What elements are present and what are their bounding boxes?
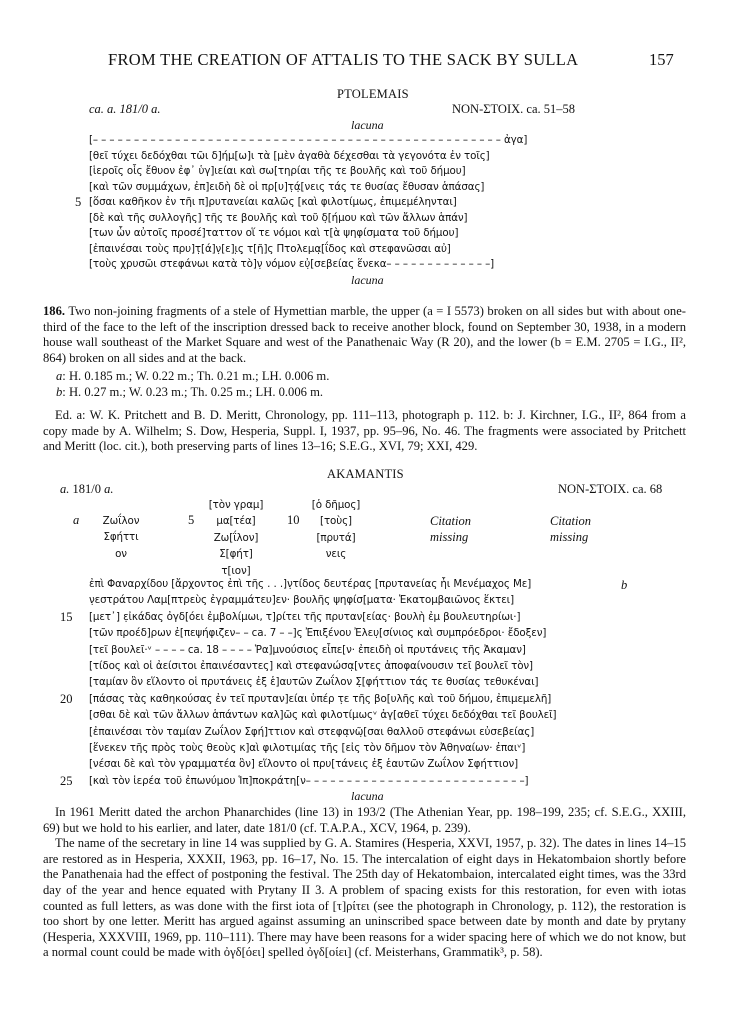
column-line: [τοὺς] [296, 513, 376, 529]
column-line: μα[τέα] [200, 513, 272, 529]
line-number: 5 [75, 195, 81, 210]
citation-missing-2: Citation missing [550, 513, 591, 545]
entry-186-description: 186. Two non-joining fragments of a stel… [43, 304, 686, 366]
inscription-line: [μετ᾽] ε̣ἰκάδας ὀγδ[όει ἐμβολίμωι, τ]ρίτ… [89, 611, 520, 623]
citation-missing-label: missing [550, 529, 591, 545]
commentary-paragraph-1: In 1961 Meritt dated the archon Phanarch… [43, 805, 686, 836]
ptolemais-lacuna-bottom: lacuna [351, 273, 384, 288]
citation-missing-1: Citation missing [430, 513, 471, 545]
column-line: ον [96, 546, 146, 562]
inscription-line: [ἕνεκεν τῆς πρὸς τοὺς θεοὺς κ]αὶ φιλοτιμ… [89, 742, 525, 754]
fragment-a-label: a [73, 513, 79, 528]
line-number: 20 [60, 692, 73, 707]
inscription-line: [τῶν προέδ]ρων ἐ[πεψήφιζεν– – ca. 7 – –]… [89, 627, 546, 639]
dimensions-text-a: : H. 0.185 m.; W. 0.22 m.; Th. 0.21 m.; … [62, 369, 329, 383]
inscription-line: ἐπὶ Φαναρχίδου [ἄρχοντος ἐπὶ τῆς . . .]ν… [89, 578, 531, 590]
running-header-title: FROM THE CREATION OF ATTALIS TO THE SACK… [108, 50, 578, 70]
fragment-a-column-2: [τὸν γραμ]μα[τέα]Ζω[ΐλον]Σ[φήτ]τ[ιον] [200, 497, 272, 579]
column-line: [ὁ δῆμος] [296, 497, 376, 513]
akamantis-date: a. 181/0 a. [60, 482, 113, 497]
inscription-line: [ὅσαι καθῆκον ἐν τῆι π]ρυτανείαι καλῶς [… [89, 196, 457, 208]
inscription-line: ν̣εστράτου Λαμ[πτρεὺς ἐγραμμάτευ]εν· βου… [89, 594, 514, 606]
fragment-a-column-1: ΖωΐλονΣφήττιον [96, 513, 146, 562]
fragment-b-label: b [621, 578, 627, 593]
inscription-line: [νέσαι δὲ καὶ τὸν γραμματέα ὃν] εἵλοντο … [89, 758, 518, 770]
page-number: 157 [649, 50, 674, 70]
inscription-line: [– – – – – – – – – – – – – – – – – – – –… [89, 134, 527, 146]
inscription-line: [ἱεροῖς οἷς ἔθυον ἐφ᾽ ὑγ]ιείαι καὶ σω[τη… [89, 165, 466, 177]
inscription-line: [των ὧν αὐτοῖς προσέ]ταττον οἵ τε νόμοι … [89, 227, 458, 239]
fragment-a-column-3: [ὁ δῆμος][τοὺς][πρυτά]νεις [296, 497, 376, 563]
dimensions-a: a: H. 0.185 m.; W. 0.22 m.; Th. 0.21 m.;… [56, 369, 329, 385]
column-line: τ[ιον] [200, 563, 272, 579]
inscription-line: [πάσας τὰς καθηκούσας ἐν τεῖ πρυταν]είαι… [89, 693, 551, 705]
citation-label: Citation [550, 513, 591, 529]
inscription-line: [τοὺς χρυσῶι στεφάνωι κατὰ τὸ]ν̣ νόμον ε… [89, 258, 494, 270]
column-line: Σ[φήτ] [200, 546, 272, 562]
column-line: [πρυτά] [296, 530, 376, 546]
entry-description-text: Two non-joining fragments of a stele of … [43, 304, 686, 365]
dimensions-text-b: : H. 0.27 m.; W. 0.23 m.; Th. 0.25 m.; L… [62, 385, 323, 399]
column-line: [τὸν γραμ] [200, 497, 272, 513]
inscription-line: [καὶ τῶν συμμάχων, ἐπ]ειδὴ δὲ οἱ πρ[υ]τ̣… [89, 181, 484, 193]
inscription-line: [δὲ καὶ τῆς συλλογῆς] τῆς τε βουλῆς καὶ … [89, 212, 467, 224]
entry-number: 186. [43, 304, 65, 318]
akamantis-lacuna-bottom: lacuna [351, 789, 384, 804]
ptolemais-stoich: NON-ΣΤΟΙΧ. ca. 51–58 [452, 102, 575, 117]
editions-text: Ed. a: W. K. Pritchett and B. D. Meritt,… [43, 408, 686, 455]
inscription-line: [ταμίαν ὃν εἵλοντο οἱ πρυτάνεις ἐξ ἑ]αυτ… [89, 676, 538, 688]
akamantis-stoich: NON-ΣΤΟΙΧ. ca. 68 [558, 482, 662, 497]
line-number: 25 [60, 774, 73, 789]
inscription-line: [θεῖ τύχει δεδόχθαι τῶι δ]ήμ[ω]ι τὰ [μὲν… [89, 150, 490, 162]
commentary: In 1961 Meritt dated the archon Phanarch… [43, 805, 686, 961]
column-line: νεις [296, 546, 376, 562]
editions-paragraph: Ed. a: W. K. Pritchett and B. D. Meritt,… [43, 408, 686, 455]
column-2-line-number: 5 [188, 513, 194, 528]
inscription-line: [τεῖ βουλεῖ·ᵛ – – – – ca. 18 – – – – Ῥα]… [89, 644, 526, 656]
ptolemais-lacuna-top: lacuna [351, 118, 384, 133]
column-line: Σφήττι [96, 529, 146, 545]
section-heading-ptolemais: PTOLEMAIS [337, 87, 409, 102]
ptolemais-date: ca. a. 181/0 a. [89, 102, 161, 117]
column-line: Ζωΐλον [96, 513, 146, 529]
inscription-line: [σθαι δὲ καὶ τῶν ἄλλων ἁπάντων καλ]ῶς κα… [89, 709, 556, 721]
column-line: Ζω[ΐλον] [200, 530, 272, 546]
inscription-line: [καὶ τὸν ἱερέα τοῦ ἐπωνύμου Ἱπ]ποκράτη[ν… [89, 775, 528, 787]
inscription-line: [ἐπαινέσαι τοὺς πρυ]τ̣[ά]ν̣[ε]ι̣ς̣ τ[ῆ]ς… [89, 243, 451, 255]
citation-label: Citation [430, 513, 471, 529]
dimensions-b: b: H. 0.27 m.; W. 0.23 m.; Th. 0.25 m.; … [56, 385, 323, 401]
inscription-line: [τίδος καὶ οἱ ἀείσιτοι ἐπαινέσαντες] καὶ… [89, 660, 533, 672]
inscription-line: [ἐπαινέσαι τὸν ταμίαν Ζωΐλον Σφή]ττιον κ… [89, 726, 534, 738]
commentary-paragraph-2: The name of the secretary in line 14 was… [43, 836, 686, 961]
citation-missing-label: missing [430, 529, 471, 545]
section-heading-akamantis: AKAMANTIS [327, 467, 404, 482]
line-number: 15 [60, 610, 73, 625]
